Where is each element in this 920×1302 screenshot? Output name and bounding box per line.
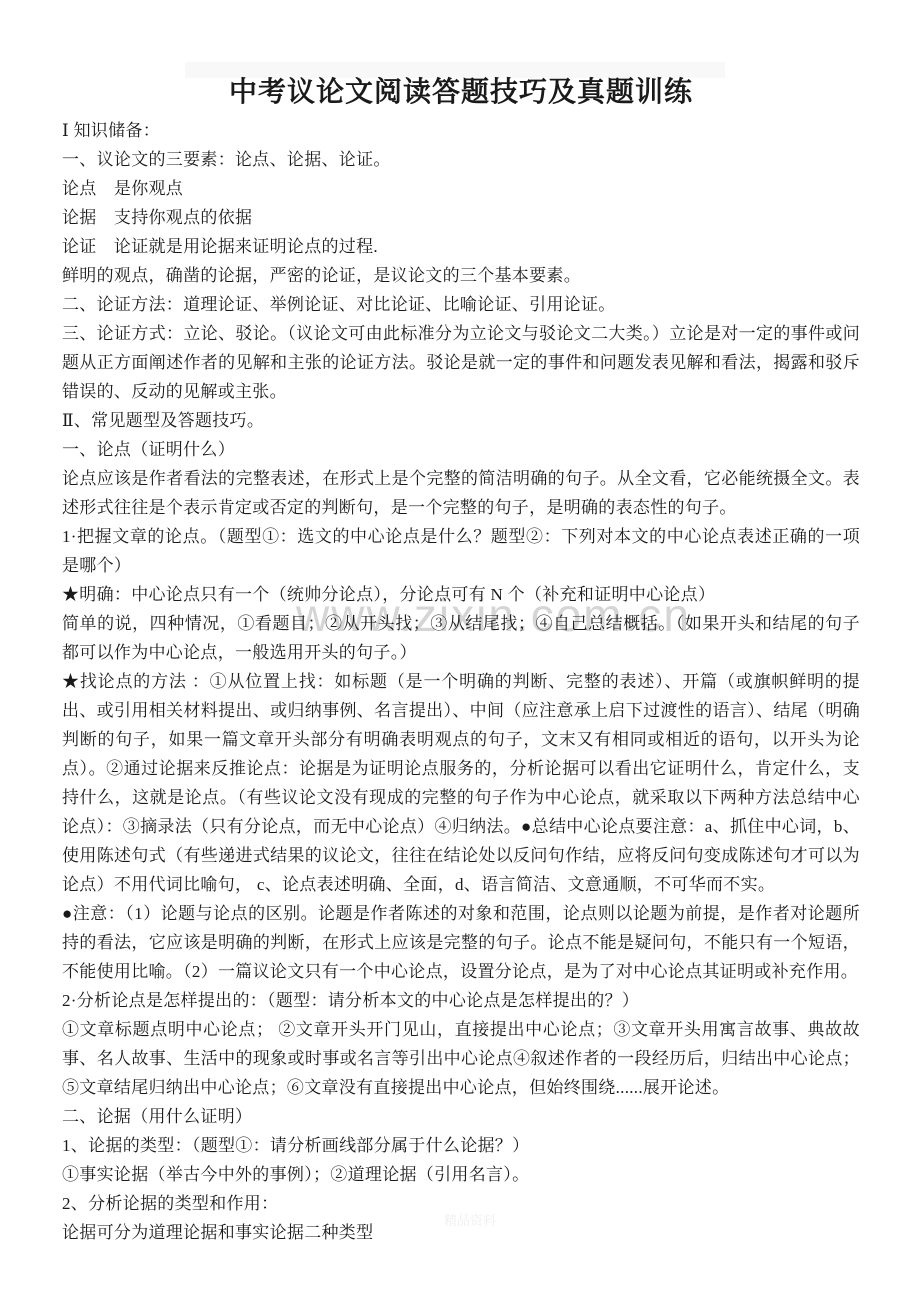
paragraph-lundian-def: 论点 是你观点 (62, 174, 860, 203)
paragraph-analyze-how-proposed: 2·分析论点是怎样提出的：（题型：请分析本文的中心论点是怎样提出的？） (62, 986, 860, 1015)
paragraph-lundian-section-heading: 一、论点（证明什么） (62, 435, 860, 464)
paragraph-lunju-section-heading: 二、论据（用什么证明） (62, 1102, 860, 1131)
paragraph-six-ways-proposed: ①文章标题点明中心论点； ②文章开头开门见山，直接提出中心论点；③文章开头用寓言… (62, 1015, 860, 1102)
paragraph-basic-elements: 鲜明的观点，确凿的论据，严密的论证，是议论文的三个基本要素。 (62, 261, 860, 290)
paragraph-lunju-two-types: ①事实论据（举古今中外的事例）；②道理论据（引用名言）。 (62, 1160, 860, 1189)
paragraph-grasp-lundian: 1·把握文章的论点。（题型①：选文的中心论点是什么？题型②：下列对本文的中心论点… (62, 522, 860, 580)
paragraph-analyze-lunju-role: 2、分析论据的类型和作用： (62, 1189, 860, 1218)
paragraph-lunju-types-question: 1、论据的类型：（题型①：请分析画线部分属于什么论据？） (62, 1131, 860, 1160)
paragraph-knowledge-reserve-heading: Ⅰ 知识储备： (62, 116, 860, 145)
paragraph-four-situations: 简单的说，四种情况，①看题目；②从开头找；③从结尾找；④自己总结概括。（如果开头… (62, 609, 860, 667)
paragraph-three-elements: 一、议论文的三要素：论点、论据、论证。 (62, 145, 860, 174)
paragraph-lundian-description: 论点应该是作者看法的完整表述，在形式上是个完整的简洁明确的句子。从全文看，它必能… (62, 464, 860, 522)
paragraph-argument-modes: 三、论证方式：立论、驳论。（议论文可由此标准分为立论文与驳论文二大类。）立论是对… (62, 319, 860, 406)
paragraph-lunju-categories: 论据可分为道理论据和事实论据二种类型 (62, 1218, 860, 1247)
paragraph-lunzheng-def: 论证 论证就是用论据来证明论点的过程. (62, 232, 860, 261)
document-body: 中考议论文阅读答题技巧及真题训练 Ⅰ 知识储备： 一、议论文的三要素：论点、论据… (0, 0, 920, 1247)
paragraph-argument-methods: 二、论证方法：道理论证、举例论证、对比论证、比喻论证、引用论证。 (62, 290, 860, 319)
paragraph-mingque-note: ★明确：中心论点只有一个（统帅分论点），分论点可有 N 个（补充和证明中心论点） (62, 580, 860, 609)
paragraph-find-lundian-methods: ★找论点的方法 ：①从位置上找：如标题（是一个明确的判断、完整的表述）、开篇（或… (62, 667, 860, 899)
paragraph-common-question-types-heading: Ⅱ、常见题型及答题技巧。 (62, 406, 860, 435)
document-title: 中考议论文阅读答题技巧及真题训练 (62, 76, 860, 110)
paragraph-attention-notes: ●注意：（1）论题与论点的区别。论题是作者陈述的对象和范围，论点则以论题为前提，… (62, 899, 860, 986)
paragraph-lunju-def: 论据 支持你观点的依据 (62, 203, 860, 232)
document-page: www.zixin.com.cn 精品资料 中考议论文阅读答题技巧及真题训练 Ⅰ… (0, 0, 920, 1302)
